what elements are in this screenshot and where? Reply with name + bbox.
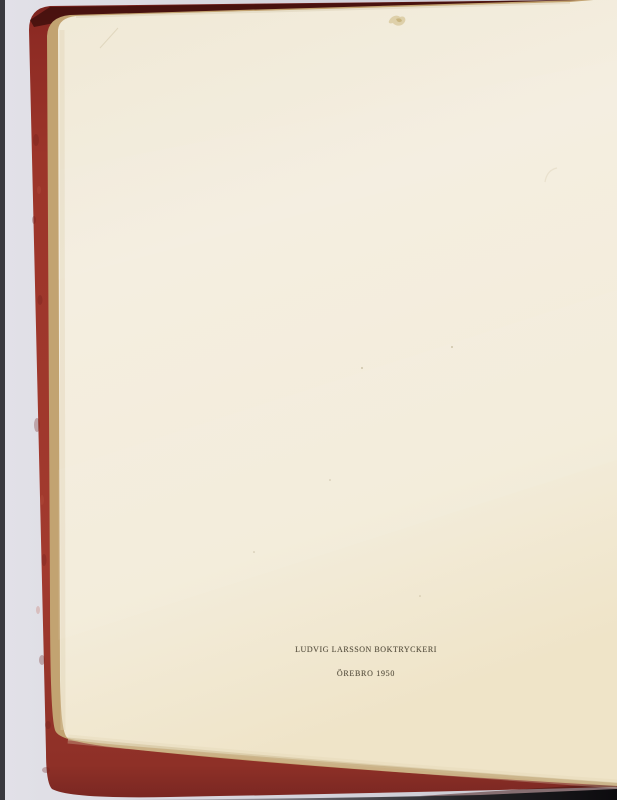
colophon: LUDVIG LARSSON BOKTRYCKERI ÖREBRO 1950 xyxy=(295,645,437,679)
book-page-scan: LUDVIG LARSSON BOKTRYCKERI ÖREBRO 1950 xyxy=(0,0,617,800)
scan-artwork xyxy=(0,0,617,800)
colophon-place-year-line: ÖREBRO 1950 xyxy=(295,669,437,679)
colophon-printer-line: LUDVIG LARSSON BOKTRYCKERI xyxy=(295,645,437,655)
scanner-edge-shadow xyxy=(0,0,5,800)
